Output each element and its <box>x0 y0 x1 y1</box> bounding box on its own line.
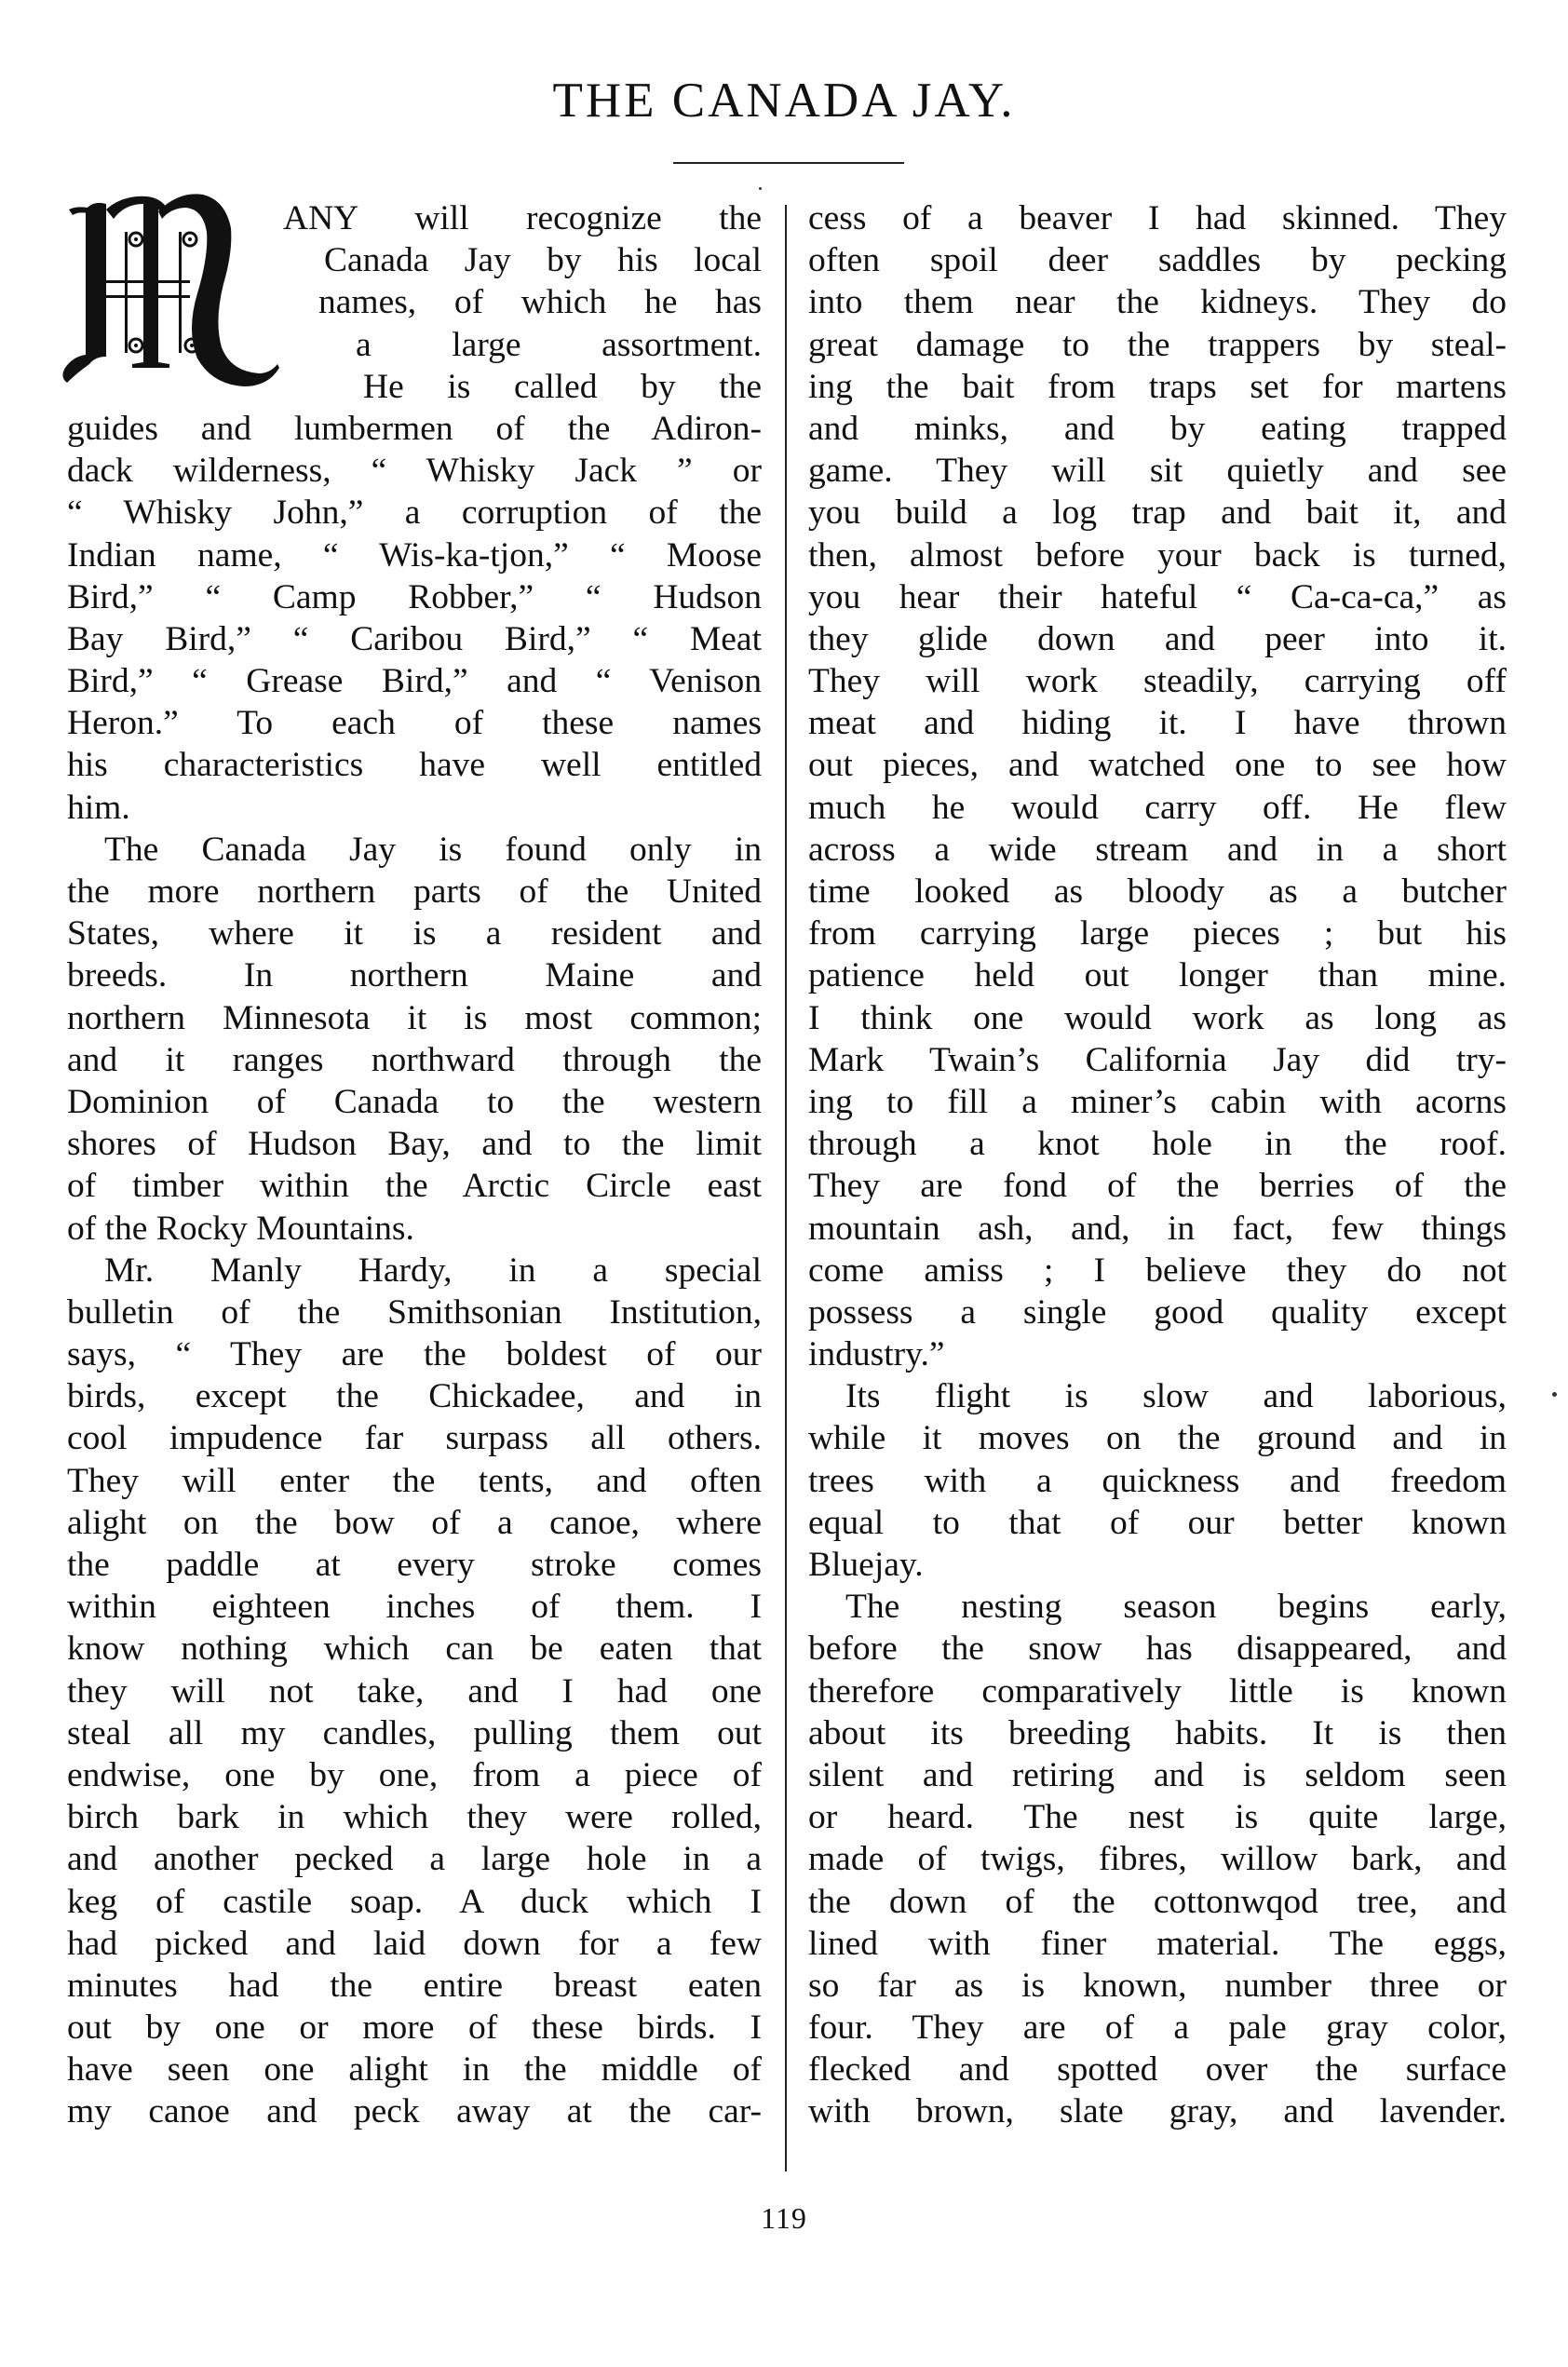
text-line: bulletin of the Smithsonian Institution, <box>67 1292 762 1333</box>
text-line: before the snow has disappeared, and <box>808 1628 1507 1670</box>
article-column-left: ANY will recognize the Canada Jay by his… <box>67 197 762 2133</box>
column-divider <box>785 205 787 2171</box>
text-line: or heard. The nest is quite large, <box>808 1796 1507 1838</box>
text-line: steal all my candles, pulling them out <box>67 1712 762 1754</box>
text-line: of timber within the Arctic Circle east <box>67 1165 762 1207</box>
text-line: birds, except the Chickadee, and in <box>67 1375 762 1417</box>
text-line: dack wilderness, “ Whisky Jack ” or <box>67 450 762 492</box>
text-line: flecked and spotted over the surface <box>808 2049 1507 2090</box>
paragraph-start-line: The Canada Jay is found only in <box>67 829 762 871</box>
text-line: four. They are of a pale gray color, <box>808 2007 1507 2049</box>
text-line: keg of castile soap. A duck which I <box>67 1881 762 1923</box>
text-line: equal to that of our better known <box>808 1502 1507 1544</box>
text-line: out pieces, and watched one to see how <box>808 744 1507 786</box>
text-line: He is called by the <box>363 366 762 408</box>
text-line: I think one would work as long as <box>808 997 1507 1039</box>
text-line: northern Minnesota it is most common; <box>67 997 762 1039</box>
text-line: meat and hiding it. I have thrown <box>808 702 1507 744</box>
text-line: his characteristics have well entitled <box>67 744 762 786</box>
text-line: while it moves on the ground and in <box>808 1417 1507 1459</box>
text-line: therefore comparatively little is known <box>808 1670 1507 1712</box>
text-line: Mark Twain’s California Jay did try- <box>808 1039 1507 1081</box>
scan-speck <box>759 187 762 190</box>
text-line: They are fond of the berries of the <box>808 1165 1507 1207</box>
text-line: guides and lumbermen of the Adiron- <box>67 408 762 450</box>
text-line: They will enter the tents, and often <box>67 1460 762 1502</box>
text-line: often spoil deer saddles by pecking <box>808 239 1507 281</box>
text-line: industry.” <box>808 1333 1507 1375</box>
text-line: silent and retiring and is seldom seen <box>808 1754 1507 1796</box>
text-line: great damage to the trappers by steal- <box>808 324 1507 366</box>
text-line: Bird,” “ Camp Robber,” “ Hudson <box>67 576 762 618</box>
text-line: into them near the kidneys. They do <box>808 281 1507 323</box>
text-line: then, almost before your back is turned, <box>808 534 1507 576</box>
text-line: alight on the bow of a canoe, where <box>67 1502 762 1544</box>
text-line: you hear their hateful “ Ca-ca-ca,” as <box>808 576 1507 618</box>
article-column-right: cess of a beaver I had skinned. They oft… <box>808 197 1507 2133</box>
text-line: made of twigs, fibres, willow bark, and <box>808 1838 1507 1880</box>
text-line: says, “ They are the boldest of our <box>67 1333 762 1375</box>
text-line: shores of Hudson Bay, and to the limit <box>67 1123 762 1165</box>
text-line: they glide down and peer into it. <box>808 618 1507 660</box>
text-line: come amiss ; I believe they do not <box>808 1250 1507 1292</box>
text-line: Indian name, “ Wis-ka-tjon,” “ Moose <box>67 534 762 576</box>
text-line: cess of a beaver I had skinned. They <box>808 197 1507 239</box>
paragraph-start-line: The nesting season begins early, <box>808 1586 1507 1628</box>
text-line: trees with a quickness and freedom <box>808 1460 1507 1502</box>
text-line: within eighteen inches of them. I <box>67 1586 762 1628</box>
text-line: the paddle at every stroke comes <box>67 1544 762 1586</box>
text-line: States, where it is a resident and <box>67 913 762 954</box>
text-line: so far as is known, number three or <box>808 1965 1507 2007</box>
text-line: know nothing which can be eaten that <box>67 1628 762 1670</box>
text-line: my canoe and peck away at the car- <box>67 2090 762 2132</box>
text-line: the down of the cottonwqod tree, and <box>808 1881 1507 1923</box>
text-line: patience held out longer than mine. <box>808 954 1507 996</box>
text-line: cool impudence far surpass all others. <box>67 1417 762 1459</box>
page-number: 119 <box>0 2201 1568 2236</box>
text-line: game. They will sit quietly and see <box>808 450 1507 492</box>
title-rule-divider <box>673 162 904 164</box>
text-line: Bay Bird,” “ Caribou Bird,” “ Meat <box>67 618 762 660</box>
text-line: Heron.” To each of these names <box>67 702 762 744</box>
text-line: Dominion of Canada to the western <box>67 1081 762 1123</box>
text-line: they will not take, and I had one <box>67 1670 762 1712</box>
paragraph-start-line: Its flight is slow and laborious, <box>808 1375 1507 1417</box>
text-line: possess a single good quality except <box>808 1292 1507 1333</box>
text-line: and minks, and by eating trapped <box>808 408 1507 450</box>
paragraph-start-line: Mr. Manly Hardy, in a special <box>67 1250 762 1292</box>
text-line: and another pecked a large hole in a <box>67 1838 762 1880</box>
text-line: lined with finer material. The eggs, <box>808 1923 1507 1965</box>
text-line: names, of which he has <box>318 281 762 323</box>
text-line: Bird,” “ Grease Bird,” and “ Venison <box>67 660 762 702</box>
page-title: THE CANADA JAY. <box>0 73 1568 128</box>
text-line: ing the bait from traps set for martens <box>808 366 1507 408</box>
text-line: from carrying large pieces ; but his <box>808 913 1507 954</box>
text-line: birch bark in which they were rolled, <box>67 1796 762 1838</box>
text-line: the more northern parts of the United <box>67 871 762 913</box>
text-line: had picked and laid down for a few <box>67 1923 762 1965</box>
text-line: with brown, slate gray, and lavender. <box>808 2090 1507 2132</box>
text-line: through a knot hole in the roof. <box>808 1123 1507 1165</box>
text-line: you build a log trap and bait it, and <box>808 492 1507 534</box>
text-line: Canada Jay by his local <box>324 239 762 281</box>
text-line: about its breeding habits. It is then <box>808 1712 1507 1754</box>
text-line: ing to fill a miner’s cabin with acorns <box>808 1081 1507 1123</box>
text-line: minutes had the entire breast eaten <box>67 1965 762 2007</box>
text-line: They will work steadily, carrying off <box>808 660 1507 702</box>
text-line: endwise, one by one, from a piece of <box>67 1754 762 1796</box>
scan-speck <box>1552 1392 1557 1397</box>
text-line: “ Whisky John,” a corruption of the <box>67 492 762 534</box>
text-line: and it ranges northward through the <box>67 1039 762 1081</box>
text-line: him. <box>67 787 762 829</box>
text-line: mountain ash, and, in fact, few things <box>808 1208 1507 1250</box>
text-line: across a wide stream and in a short <box>808 829 1507 871</box>
text-line: ANY will recognize the <box>283 197 762 239</box>
text-line: breeds. In northern Maine and <box>67 954 762 996</box>
text-line: of the Rocky Mountains. <box>67 1208 762 1250</box>
text-line: a large assortment. <box>356 324 762 366</box>
text-line: out by one or more of these birds. I <box>67 2007 762 2049</box>
text-line: time looked as bloody as a butcher <box>808 871 1507 913</box>
text-line: much he would carry off. He flew <box>808 787 1507 829</box>
text-line: Bluejay. <box>808 1544 1507 1586</box>
text-line: have seen one alight in the middle of <box>67 2049 762 2090</box>
